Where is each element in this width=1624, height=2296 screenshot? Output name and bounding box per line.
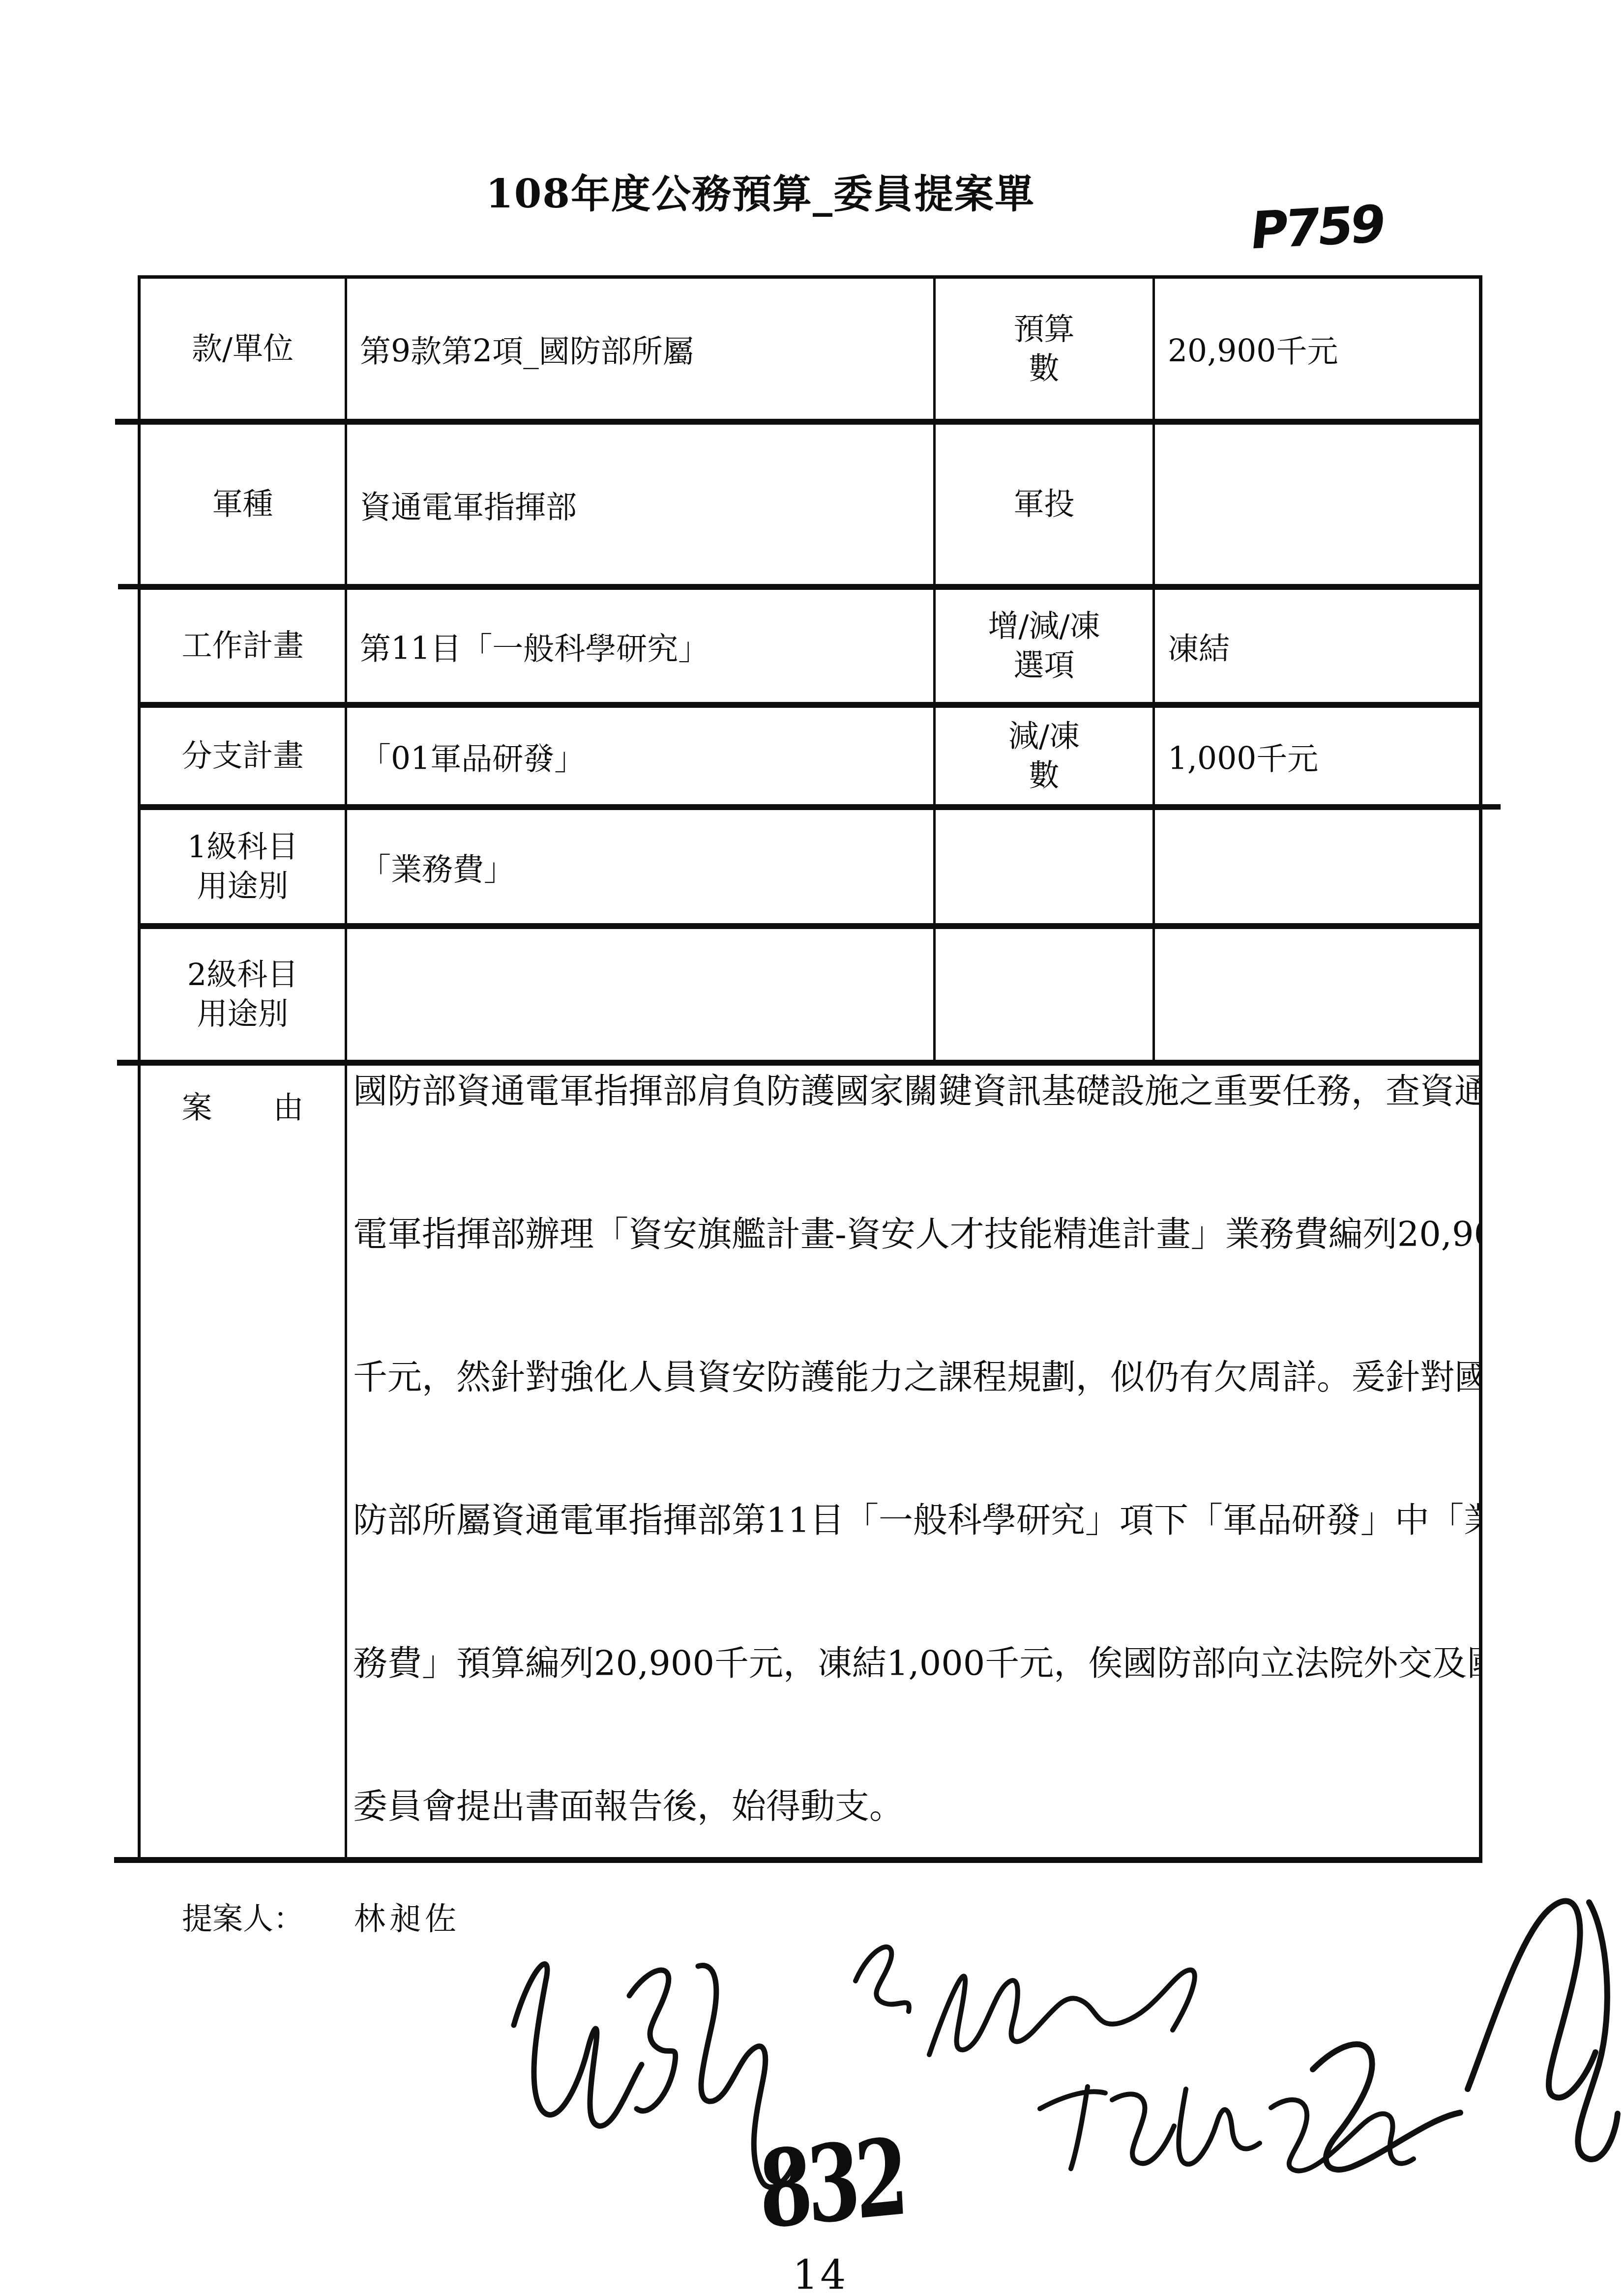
handwritten-code: P759	[1247, 194, 1386, 261]
label-adjust-option: 增/減/凍 選項	[936, 590, 1155, 708]
value-work-plan: 第11目「一般科學研究」	[347, 590, 936, 708]
label-military-investment: 軍投	[936, 425, 1155, 590]
signature-1	[514, 1964, 794, 2187]
handwritten-number: 832	[756, 2115, 906, 2253]
value-branch-plan: 「01軍品研發」	[347, 708, 936, 810]
signature-4	[1040, 2087, 1414, 2171]
value-fund-unit: 第9款第2項_國防部所屬	[347, 279, 936, 425]
label-level2-category: 2級科目 用途別	[141, 929, 347, 1066]
signature-2	[856, 1947, 1195, 2055]
label-work-plan: 工作計畫	[141, 590, 347, 708]
proposer-label: 提案人：	[182, 1894, 304, 1938]
scan-artifact-line	[1481, 804, 1501, 810]
scanned-budget-proposal-page: 108年度公務預算_委員提案單 P759 款/單位 第9款第2項_國防部所屬 預…	[0, 0, 1624, 2296]
label-case-subject: 案 由	[141, 1066, 347, 1857]
page-title: 108年度公務預算_委員提案單	[486, 162, 1035, 219]
case-description: 國防部資通電軍指揮部肩負防護國家關鍵資訊基礎設施之重要任務，查資通 電軍指揮部辦…	[347, 1066, 1479, 1857]
case-line: 電軍指揮部辦理「資安旗艦計畫-資安人才技能精進計畫」業務費編列20,900	[353, 1213, 1473, 1356]
label-budget-amount: 預算 數	[936, 279, 1155, 425]
label-fund-unit: 款/單位	[141, 279, 347, 425]
scan-artifact-line	[115, 419, 140, 425]
value-adjust-option: 凍結	[1155, 590, 1479, 708]
value-level2-category	[347, 929, 936, 1066]
value-service-branch: 資通電軍指揮部	[347, 425, 936, 590]
label-branch-plan: 分支計畫	[141, 708, 347, 810]
proposer-name: 林昶佐	[354, 1893, 460, 1939]
label-service-branch: 軍種	[141, 425, 347, 590]
signatures-layer	[467, 1878, 1624, 2296]
value-reduce-freeze-amount: 1,000千元	[1155, 708, 1479, 810]
value-level1-category: 「業務費」	[347, 810, 936, 929]
case-line: 務費」預算編列20,900千元，凍結1,000千元，俟國防部向立法院外交及國防	[353, 1642, 1473, 1785]
proposer-row: 提案人： 林昶佐	[182, 1893, 460, 1939]
case-line: 千元，然針對強化人員資安防護能力之課程規劃，似仍有欠周詳。爰針對國	[353, 1356, 1473, 1499]
proposal-table: 款/單位 第9款第2項_國防部所屬 預算 數 20,900千元 軍種 資通電軍指…	[138, 275, 1482, 1863]
label-level1-category: 1級科目 用途別	[141, 810, 347, 929]
value-budget-amount: 20,900千元	[1155, 279, 1479, 425]
value-level1-category-right	[1155, 810, 1479, 929]
value-military-investment	[1155, 425, 1479, 590]
case-line: 國防部資通電軍指揮部肩負防護國家關鍵資訊基礎設施之重要任務，查資通	[353, 1070, 1473, 1213]
label-level2-category-right	[936, 929, 1155, 1066]
label-reduce-freeze-amount: 減/凍 數	[936, 708, 1155, 810]
case-line: 委員會提出書面報告後，始得動支。	[353, 1785, 1473, 1828]
value-level2-category-right	[1155, 929, 1479, 1066]
page-number: 14	[793, 2252, 848, 2296]
scan-artifact-line	[114, 1857, 140, 1863]
label-level1-category-right	[936, 810, 1155, 929]
case-line: 防部所屬資通電軍指揮部第11目「一般科學研究」項下「軍品研發」中「業	[353, 1499, 1473, 1642]
scan-artifact-line	[118, 584, 140, 589]
scan-artifact-line	[117, 1060, 140, 1066]
